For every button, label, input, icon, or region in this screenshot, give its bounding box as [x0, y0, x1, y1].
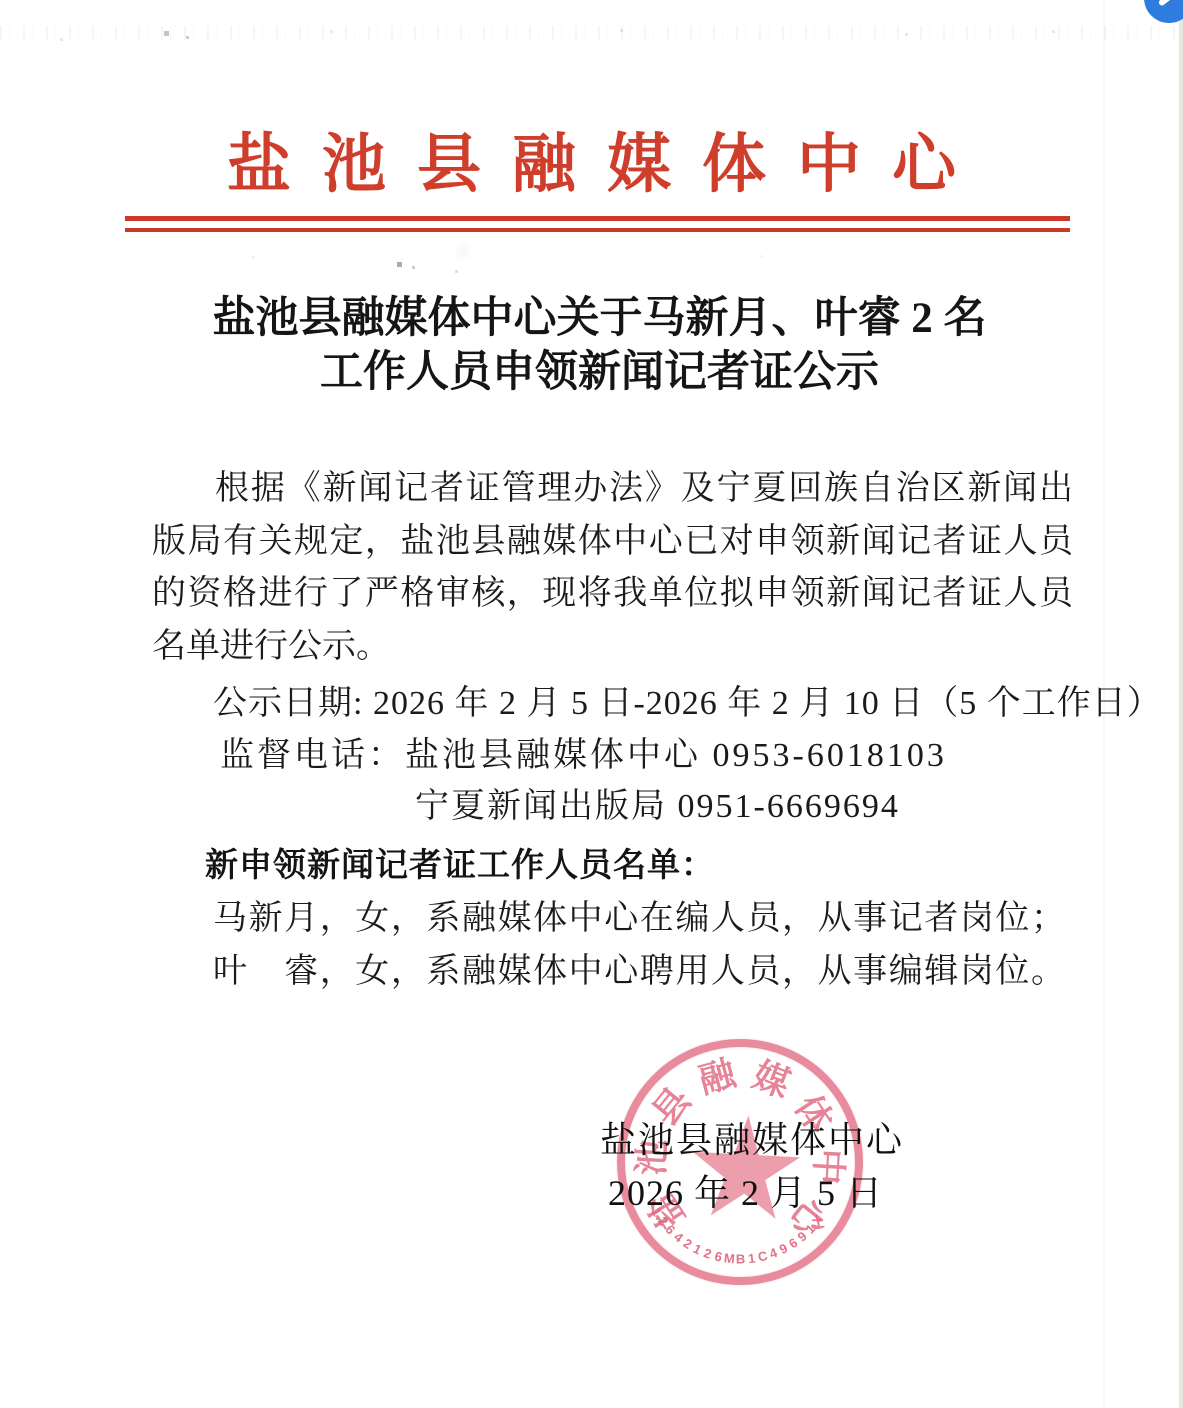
document-title: 盐池县融媒体中心关于马新月、叶睿 2 名 工作人员申领新闻记者证公示 [8, 292, 1183, 400]
body-line: 版局有关规定，盐池县融媒体中心已对申领新闻记者证人员 [152, 516, 1073, 569]
signature-date: 2026 年 2 月 5 日 [608, 1175, 883, 1211]
official-stamp: 盐池县融媒体中心12642126MB1C49691X [611, 1033, 870, 1292]
publicity-period-line: 公示日期: 2026 年 2 月 5 日-2026 年 2 月 10 日（5 个… [213, 687, 1162, 721]
body-line: 名单进行公示。 [152, 621, 1073, 674]
scan-noise-band [0, 26, 1183, 40]
scanned-document-page: { "letterhead": { "org_name": "盐池县融媒体中心"… [0, 0, 1183, 1408]
page-edge-shadow [1179, 0, 1183, 1408]
supervision-phone-line: 监督电话：盐池县融媒体中心 0953-6018103 [220, 739, 947, 773]
body-line: 根据《新闻记者证管理办法》及宁夏回族自治区新闻出 [152, 463, 1073, 516]
document-title-line1: 盐池县融媒体中心关于马新月、叶睿 2 名 [8, 292, 1183, 346]
press-bureau-phone-line: 宁夏新闻出版局 0951-6669694 [415, 790, 900, 824]
body-paragraph: 根据《新闻记者证管理办法》及宁夏回族自治区新闻出 版局有关规定，盐池县融媒体中心… [152, 463, 1073, 673]
signature-org-name: 盐池县融媒体中心 [600, 1122, 904, 1158]
body-line: 的资格进行了严格审核，现将我单位拟申领新闻记者证人员 [152, 568, 1073, 621]
letterhead-rule-bottom [125, 228, 1070, 232]
arrow-icon [1158, 0, 1181, 7]
staff-entry: 马新月，女，系融媒体中心在编人员，从事记者岗位； [213, 902, 1065, 936]
stamp-code-char: 1 [747, 1251, 756, 1265]
stamp-code-char: B [736, 1252, 745, 1265]
stamp-code-char: M [723, 1251, 735, 1265]
letterhead-org-name: 盐池县融媒体中心 [0, 133, 1183, 197]
scan-noise-specks [0, 0, 3, 3]
letterhead-rule-top [125, 216, 1070, 221]
staff-entry: 叶 睿，女，系融媒体中心聘用人员，从事编辑岗位。 [213, 955, 1065, 989]
floating-action-button[interactable] [1144, 0, 1183, 23]
staff-list-heading: 新申领新闻记者证工作人员名单： [205, 848, 715, 881]
document-title-line2: 工作人员申领新闻记者证公示 [8, 346, 1183, 400]
